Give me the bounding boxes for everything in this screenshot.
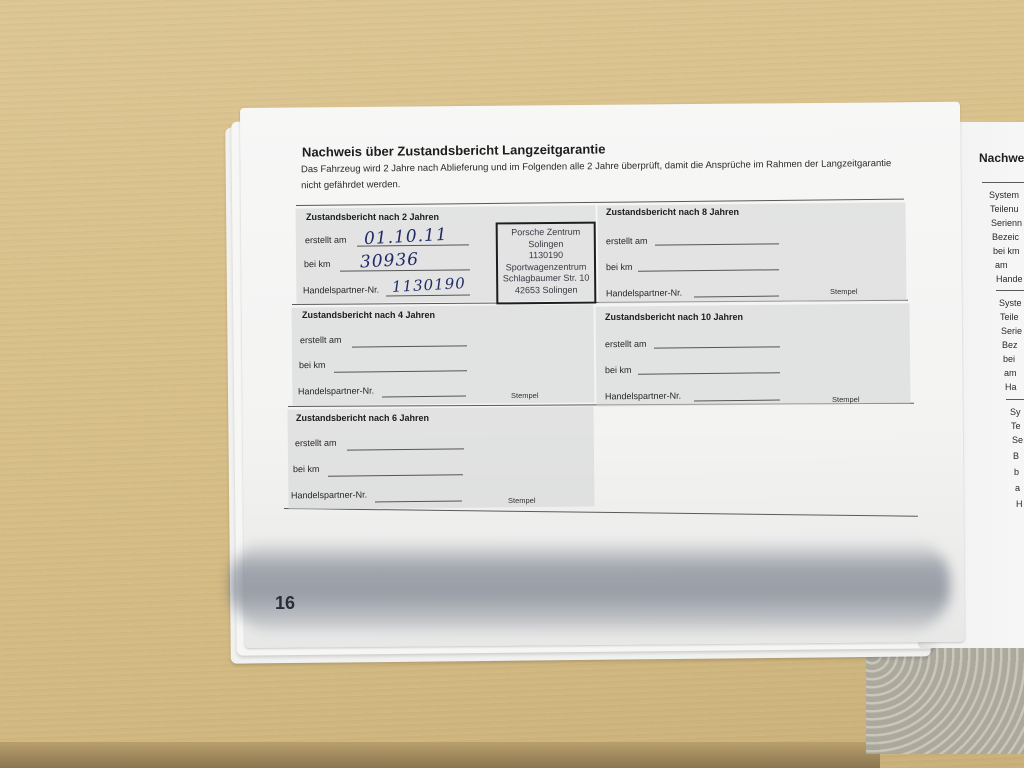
right-field-label: Bez — [1002, 340, 1018, 350]
created-label: erstellt am — [300, 335, 342, 345]
stamp-line: 1130190 — [498, 250, 594, 262]
divider — [982, 182, 1024, 183]
dealer-label: Handelspartner-Nr. — [303, 285, 379, 296]
created-label: erstellt am — [305, 235, 347, 245]
page-number: 16 — [275, 593, 295, 614]
km-value: 30936 — [360, 249, 420, 272]
right-field-label: B — [1013, 451, 1019, 461]
created-label: erstellt am — [295, 438, 337, 448]
document-heading: Nachweis über Zustandsbericht Langzeitga… — [302, 141, 606, 159]
right-field-label: Bezeic — [992, 232, 1019, 242]
dealer-label: Handelspartner-Nr. — [291, 490, 367, 501]
stamp-line: Solingen — [498, 238, 594, 250]
desk-edge — [0, 742, 880, 768]
dealer-label: Handelspartner-Nr. — [605, 391, 681, 402]
right-field-label: Hande — [996, 274, 1023, 284]
right-field-label: Teilenu — [990, 204, 1019, 214]
right-field-label: H — [1016, 499, 1023, 509]
right-field-label: System — [989, 190, 1019, 200]
created-label: erstellt am — [605, 339, 647, 349]
hand-shadow — [230, 540, 950, 630]
stamp-line: 42653 Solingen — [498, 285, 594, 297]
document-intro: Das Fahrzeug wird 2 Jahre nach Ablieferu… — [301, 156, 911, 194]
dealer-label: Handelspartner-Nr. — [298, 386, 374, 397]
km-label: bei km — [606, 262, 633, 272]
right-field-label: b — [1014, 467, 1019, 477]
right-field-label: Serie — [1001, 326, 1022, 336]
right-field-label: am — [1004, 368, 1017, 378]
dealer-label: Handelspartner-Nr. — [606, 288, 682, 299]
right-field-label: bei km — [993, 246, 1020, 256]
right-field-label: Teile — [1000, 312, 1019, 322]
right-field-label: Serienn — [991, 218, 1022, 228]
right-field-label: am — [995, 260, 1008, 270]
right-field-label: Ha — [1005, 382, 1017, 392]
section-title: Zustandsbericht nach 8 Jahren — [606, 207, 739, 217]
stamp-placeholder: Stempel — [511, 391, 539, 400]
section-title: Zustandsbericht nach 6 Jahren — [296, 413, 429, 423]
stamp-line: Sportwagenzentrum — [498, 261, 594, 273]
stamp-placeholder: Stempel — [508, 496, 536, 505]
right-field-label: a — [1015, 483, 1020, 493]
km-label: bei km — [293, 464, 320, 474]
bubble-wrap — [866, 648, 1024, 754]
divider — [1006, 399, 1024, 400]
dealer-stamp: Porsche Zentrum Solingen 1130190 Sportwa… — [496, 222, 597, 305]
section-title: Zustandsbericht nach 2 Jahren — [306, 212, 439, 222]
dealer-value: 1130190 — [392, 274, 467, 296]
right-field-label: Syste — [999, 298, 1022, 308]
km-label: bei km — [299, 360, 326, 370]
right-field-label: Sy — [1010, 407, 1021, 417]
section-title: Zustandsbericht nach 10 Jahren — [605, 312, 743, 322]
stamp-placeholder: Stempel — [832, 395, 860, 404]
right-field-label: bei — [1003, 354, 1015, 364]
created-label: erstellt am — [606, 236, 648, 246]
km-label: bei km — [304, 259, 331, 269]
stamp-placeholder: Stempel — [830, 287, 858, 296]
section-title: Zustandsbericht nach 4 Jahren — [302, 310, 435, 320]
right-page-title: Nachwe — [979, 151, 1024, 165]
stamp-line: Porsche Zentrum — [498, 227, 594, 239]
right-field-label: Te — [1011, 421, 1021, 431]
divider — [996, 290, 1024, 291]
right-field-label: Se — [1012, 435, 1023, 445]
stamp-line: Schlagbaumer Str. 10 — [498, 273, 594, 285]
km-label: bei km — [605, 365, 632, 375]
